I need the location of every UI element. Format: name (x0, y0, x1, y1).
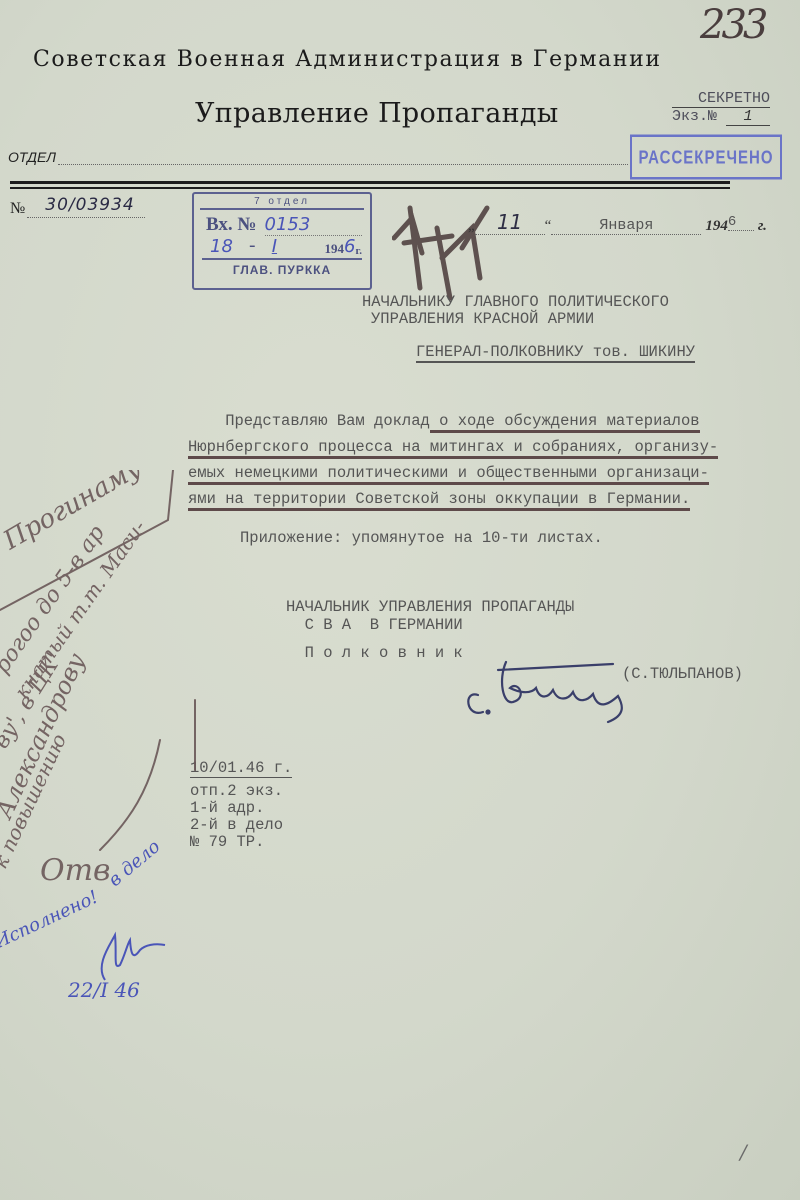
date-open-quote: „ (468, 218, 475, 235)
section-dotted-line (58, 152, 628, 165)
date-year-suffix: 6 (728, 214, 754, 231)
section-field: ОТДЕЛ (8, 149, 628, 165)
addressee-block: НАЧАЛЬНИКУ ГЛАВНОГО ПОЛИТИЧЕСКОГО УПРАВЛ… (362, 294, 695, 363)
body-line-underlined: Нюрнбергского процесса на митингах и соб… (188, 438, 718, 459)
addressee-line-1: НАЧАЛЬНИКУ ГЛАВНОГО ПОЛИТИЧЕСКОГО (362, 294, 695, 311)
section-label: ОТДЕЛ (8, 149, 56, 165)
stamp-day: 18 (210, 236, 233, 257)
declassified-stamp: РАССЕКРЕЧЕНО (630, 135, 782, 180)
letter-body: Представляю Вам доклад о ходе обсуждения… (188, 408, 788, 512)
secrecy-block: СЕКРЕТНО Экз.№ 1 (672, 90, 770, 126)
body-line-plain: Представляю Вам доклад (188, 412, 430, 430)
signatory-title-1: НАЧАЛЬНИК УПРАВЛЕНИЯ ПРОПАГАНДЫ (286, 598, 574, 616)
stamp-year-suffix: 6 (344, 236, 355, 257)
blue-ink-execution-note: в дело Исполнено! 22/I 46 (0, 860, 200, 1020)
copy-number-row: Экз.№ 1 (672, 108, 770, 126)
body-line: Нюрнбергского процесса на митингах и соб… (188, 434, 788, 460)
dispatch-line: отп.2 экз. (190, 783, 292, 800)
blue-initials-signature-icon (85, 925, 175, 985)
department-title: Управление Пропаганды (195, 98, 559, 129)
stamp-month: I (272, 236, 277, 257)
stamp-in-number-row: Вх. № 0153 (206, 214, 362, 236)
number-dotted-line: 30/03934 (27, 203, 145, 218)
attachment-note: Приложение: упомянутое на 10-ти листах. (240, 529, 603, 547)
document-date: „ 11 “ Января 194 6 г. (468, 210, 767, 235)
margin-pencil-resolution-icon: Прогинаму рогоо до 5-в ар кнатый т.т. Ма… (0, 470, 200, 890)
handwritten-signature-icon (458, 650, 658, 725)
stamp-header: 7 отдел (200, 196, 364, 210)
date-year-prefix: 194 (705, 218, 728, 235)
incoming-registration-stamp: 7 отдел Вх. № 0153 18 - I 194 6 г. ГЛАВ.… (192, 192, 372, 290)
body-line: ями на территории Советской зоны оккупац… (188, 486, 788, 512)
outgoing-number-field: № 30/03934 (10, 200, 145, 218)
body-line-underlined: ями на территории Советской зоны оккупац… (188, 490, 690, 511)
archive-page-number: 233 (700, 2, 764, 48)
letterhead-divider (10, 181, 730, 189)
corner-pencil-mark: / (740, 1140, 747, 1164)
dispatch-date: 10/01.46 г. (190, 760, 292, 778)
body-line: Представляю Вам доклад о ходе обсуждения… (188, 408, 788, 434)
number-label: № (10, 200, 25, 218)
date-year-letter: г. (758, 218, 767, 235)
dispatch-line: 1-й адр. (190, 800, 292, 817)
dispatch-line: № 79 ТР. (190, 834, 292, 851)
stamp-year-letter: г. (355, 245, 362, 257)
stamp-in-number: 0153 (265, 214, 362, 236)
date-month: Января (551, 217, 701, 235)
stamp-footer: ГЛАВ. ПУРККА (194, 263, 370, 277)
date-close-quote: “ (545, 218, 552, 235)
organization-title: Советская Военная Администрация в Герман… (33, 47, 662, 72)
date-day: 11 (475, 210, 545, 235)
dispatch-line: 2-й в дело (190, 817, 292, 834)
body-line-underlined: о ходе обсуждения материалов (430, 412, 700, 433)
copy-number: 1 (726, 108, 770, 126)
copy-label: Экз.№ (672, 108, 717, 125)
addressee-line-3: ГЕНЕРАЛ-ПОЛКОВНИКУ тов. ШИКИНУ (416, 344, 695, 363)
stamp-date-row: 18 - I 194 6 г. (202, 236, 362, 260)
blue-note-date: 22/I 46 (68, 978, 140, 1002)
stamp-year-prefix: 194 (325, 241, 345, 257)
addressee-line-2: УПРАВЛЕНИЯ КРАСНОЙ АРМИИ (362, 311, 695, 328)
dispatch-notes: 10/01.46 г. отп.2 экз. 1-й адр. 2-й в де… (190, 760, 292, 851)
outgoing-number-value: 30/03934 (45, 195, 134, 215)
stamp-date-dash: - (247, 237, 258, 257)
body-line-underlined: емых немецкими политическими и обществен… (188, 464, 709, 485)
stamp-in-label: Вх. № (206, 214, 257, 236)
secrecy-label: СЕКРЕТНО (672, 90, 770, 108)
body-line: емых немецкими политическими и обществен… (188, 460, 788, 486)
signatory-title-2: С В А В ГЕРМАНИИ (286, 616, 574, 634)
